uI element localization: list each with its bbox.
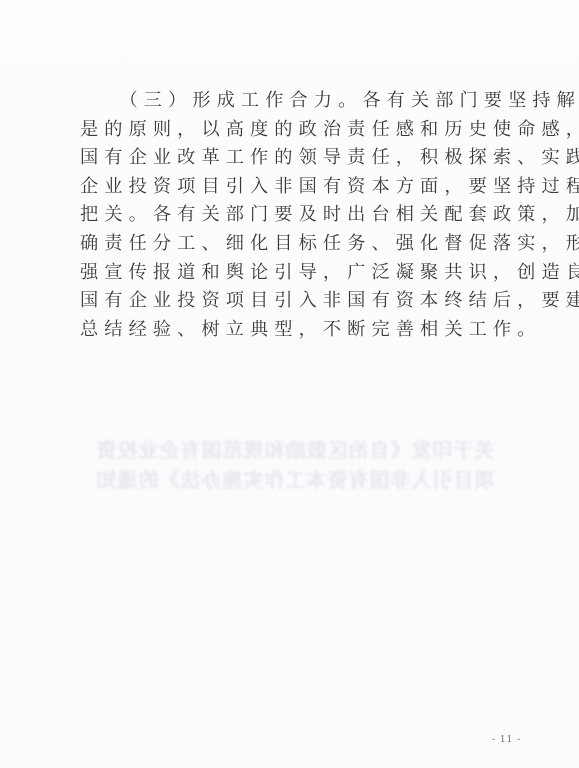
paragraph-line: 企业投资项目引入非国有资本方面，要坚持过程公开透明、严格 (80, 173, 520, 202)
body-paragraph: （三）形成工作合力。各有关部门要坚持解放思想、实事求 是的原则，以高度的政治责任… (80, 87, 520, 344)
document-page: 关于印发《自治区鼓励和规范国有企业投资 项目引入非国有资本工作实施办法》的通知 … (0, 0, 579, 768)
paragraph-line: 国有企业改革工作的领导责任，积极探索、实践、创新。在国有 (80, 144, 520, 173)
paragraph-line: 把关。各有关部门要及时出台相关配套政策，加强统筹协调、明 (80, 201, 520, 230)
paragraph-line: （三）形成工作合力。各有关部门要坚持解放思想、实事求 (80, 87, 520, 116)
paragraph-line: 确责任分工、细化目标任务、强化督促落实，形成工作合力。加 (80, 230, 520, 259)
paragraph-line: 强宣传报道和舆论引导，广泛凝聚共识，创造良好的社会环境。 (80, 259, 520, 288)
bleed-through-text: 关于印发《自治区鼓励和规范国有企业投资 项目引入非国有资本工作实施办法》的通知 (85, 435, 505, 495)
bleed-through-line: 关于印发《自治区鼓励和规范国有企业投资 (85, 435, 505, 465)
paragraph-line: 国有企业投资项目引入非国有资本终结后，要建立后评估机制， (80, 287, 520, 316)
paragraph-line: 总结经验、树立典型，不断完善相关工作。 (80, 316, 520, 345)
page-number: - 11 - (492, 735, 521, 745)
paragraph-line: 是的原则，以高度的政治责任感和历史使命感，切实履行对深化 (80, 116, 520, 145)
bleed-through-line: 项目引入非国有资本工作实施办法》的通知 (85, 465, 505, 495)
